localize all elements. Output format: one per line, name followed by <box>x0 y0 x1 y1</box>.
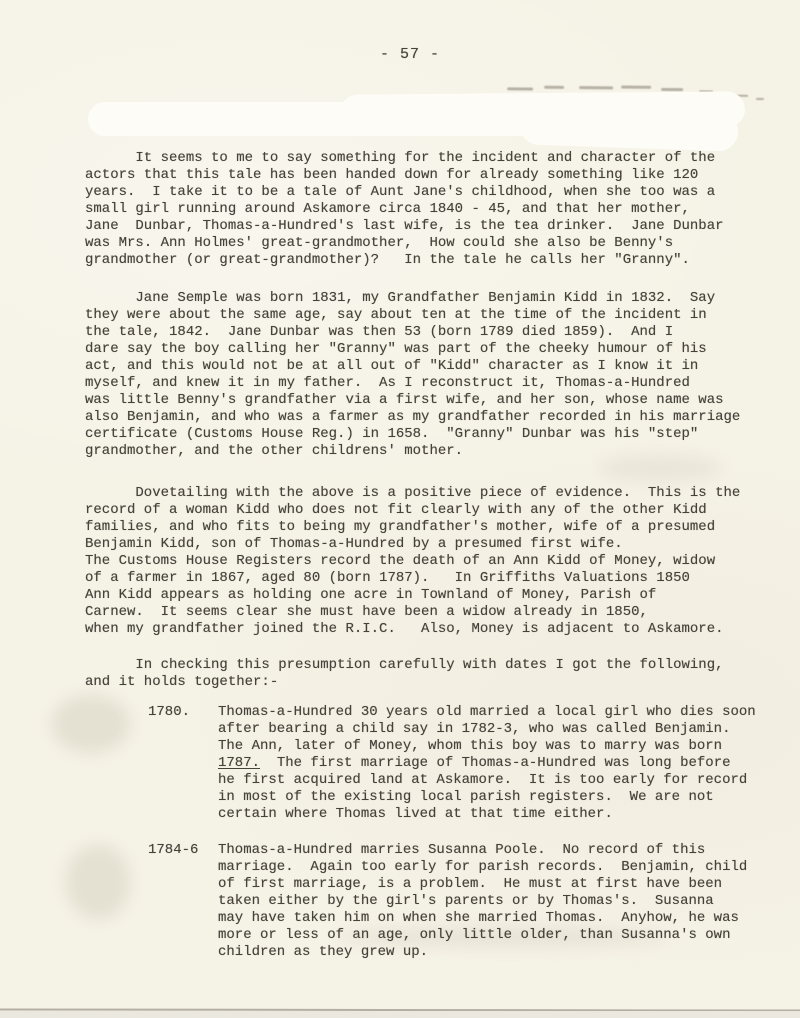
whiteout-blob <box>519 106 738 152</box>
document-body: It seems to me to say something for the … <box>85 150 775 980</box>
paragraph: In checking this presumption carefully w… <box>85 657 775 691</box>
timeline-text: Thomas-a-Hundred 30 years old married a … <box>218 704 756 823</box>
text-line: was Mrs. Ann Holmes' great-grandmother, … <box>85 235 775 252</box>
text-line: certificate (Customs House Reg.) in 1658… <box>85 426 775 443</box>
timeline-date: 1780. <box>148 704 218 823</box>
text-line: more or less of an age, only little olde… <box>218 927 747 944</box>
text-line: myself, and knew it in my father. As I r… <box>85 375 775 392</box>
page-number: - 57 - <box>0 46 800 63</box>
text-line: may have taken him on when she married T… <box>218 910 747 927</box>
text-line: after bearing a child say in 1782-3, who… <box>218 721 756 738</box>
text-line: actors that this tale has been handed do… <box>85 167 775 184</box>
text-line: dare say the boy calling her "Granny" wa… <box>85 341 775 358</box>
text-line: Thomas-a-Hundred 30 years old married a … <box>218 704 756 721</box>
text-line: he first acquired land at Askamore. It i… <box>218 772 756 789</box>
paragraph: Jane Semple was born 1831, my Grandfathe… <box>85 290 775 460</box>
text-line: grandmother, and the other childrens' mo… <box>85 443 775 460</box>
erased-mark <box>544 86 564 89</box>
text-line: in most of the existing local parish reg… <box>218 789 756 806</box>
paragraph-block: It seems to me to say something for the … <box>85 150 775 691</box>
text-line: of first marriage, is a problem. He must… <box>218 876 747 893</box>
text-line: It seems to me to say something for the … <box>85 150 775 167</box>
timeline-entry: 1780.Thomas-a-Hundred 30 years old marri… <box>85 704 775 823</box>
text-line: of a farmer in 1867, aged 80 (born 1787)… <box>85 570 775 587</box>
timeline-date: 1784-6 <box>148 842 218 961</box>
paragraph: Dovetailing with the above is a positive… <box>85 485 775 638</box>
erased-mark <box>661 88 683 91</box>
timeline-text: Thomas-a-Hundred marries Susanna Poole. … <box>218 842 747 961</box>
text-line: Ann Kidd appears as holding one acre in … <box>85 587 775 604</box>
text-line: grandmother (or great-grandmother)? In t… <box>85 252 775 269</box>
text-line: Jane Semple was born 1831, my Grandfathe… <box>85 290 775 307</box>
text-line: The Customs House Registers record the d… <box>85 553 775 570</box>
text-line: families, and who fits to being my grand… <box>85 519 775 536</box>
text-line: when my grandfather joined the R.I.C. Al… <box>85 621 775 638</box>
erased-mark <box>621 86 651 89</box>
text-line: Dovetailing with the above is a positive… <box>85 485 775 502</box>
text-line: small girl running around Askamore circa… <box>85 201 775 218</box>
timeline-entry: 1784-6Thomas-a-Hundred marries Susanna P… <box>85 842 775 961</box>
timeline-block: 1780.Thomas-a-Hundred 30 years old marri… <box>85 704 775 961</box>
scan-bottom-margin <box>0 1011 800 1018</box>
text-line: was little Benny's grandfather via a fir… <box>85 392 775 409</box>
erased-mark <box>579 86 613 89</box>
text-line: In checking this presumption carefully w… <box>85 657 775 674</box>
text-line: record of a woman Kidd who does not fit … <box>85 502 775 519</box>
text-line: they were about the same age, say about … <box>85 307 775 324</box>
text-line: certain where Thomas lived at that time … <box>218 806 756 823</box>
paragraph: It seems to me to say something for the … <box>85 150 775 269</box>
text-line: taken either by the girl's parents or by… <box>218 893 747 910</box>
text-line: Carnew. It seems clear she must have bee… <box>85 604 775 621</box>
text-line: and it holds together:- <box>85 674 775 691</box>
text-line: The Ann, later of Money, whom this boy w… <box>218 738 756 755</box>
text-line: 1787. The first marriage of Thomas-a-Hun… <box>218 755 756 772</box>
text-line: marriage. Again too early for parish rec… <box>218 859 747 876</box>
text-line: years. I take it to be a tale of Aunt Ja… <box>85 184 775 201</box>
text-line: children as they grew up. <box>218 944 747 961</box>
text-line: Thomas-a-Hundred marries Susanna Poole. … <box>218 842 747 859</box>
text-line: Benjamin Kidd, son of Thomas-a-Hundred b… <box>85 536 775 553</box>
text-line: also Benjamin, and who was a farmer as m… <box>85 409 775 426</box>
text-line: Jane Dunbar, Thomas-a-Hundred's last wif… <box>85 218 775 235</box>
erased-mark <box>756 98 764 100</box>
underlined-text: 1787. <box>218 755 260 771</box>
erased-mark <box>507 87 533 90</box>
text-line: the tale, 1842. Jane Dunbar was then 53 … <box>85 324 775 341</box>
document-page: - 57 - It seems to me to say something f… <box>0 0 800 1018</box>
text-line: act, and this would not be at all out of… <box>85 358 775 375</box>
